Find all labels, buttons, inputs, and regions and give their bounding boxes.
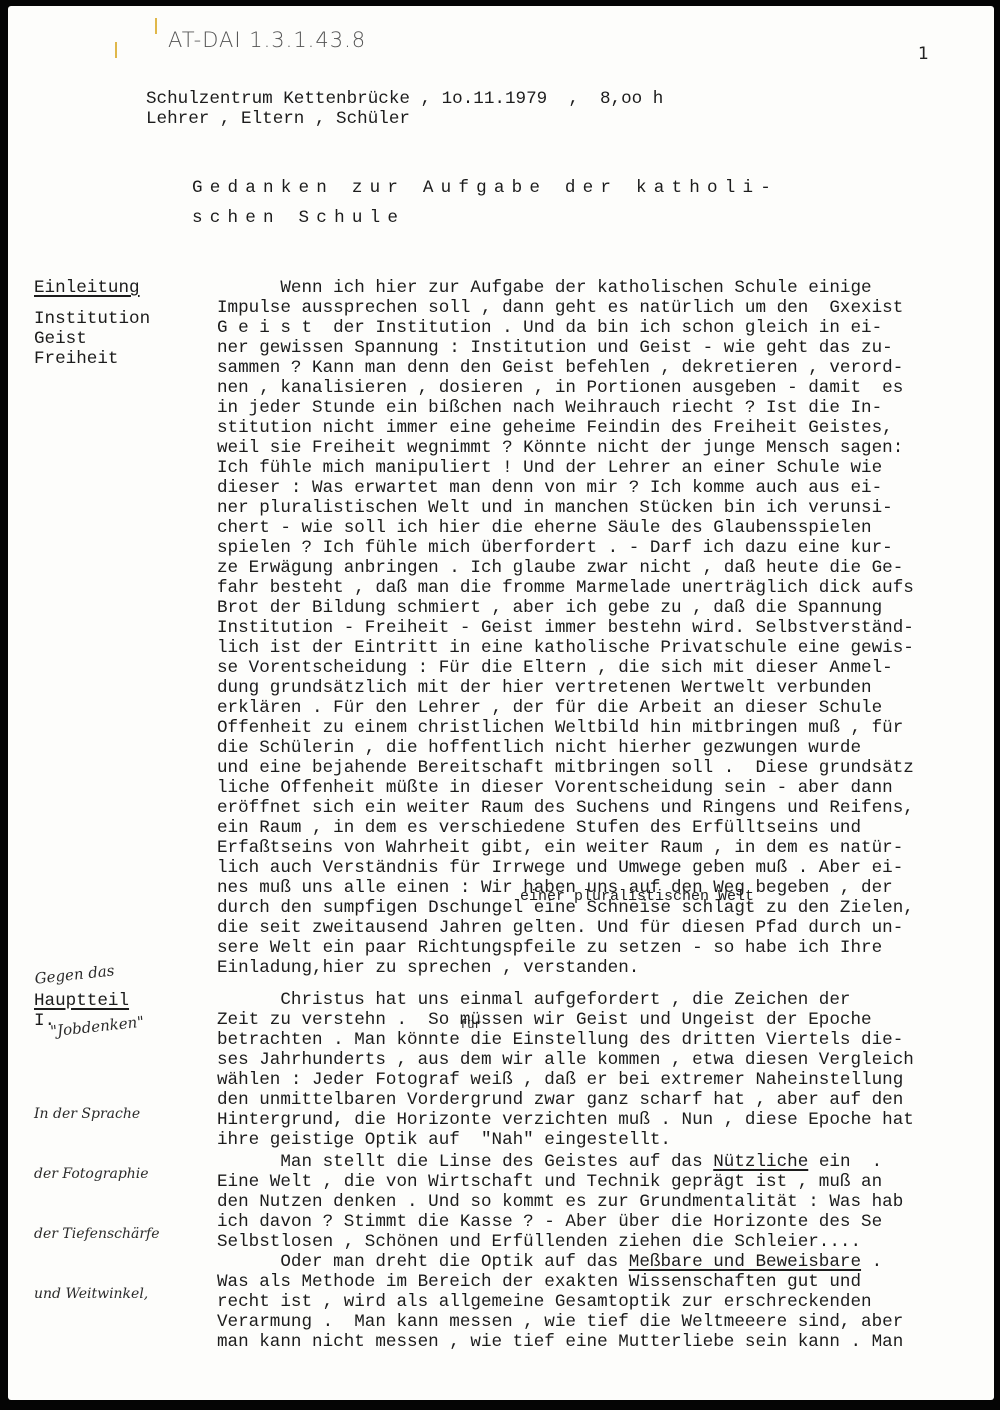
- text-line: ner gewissen Spannung : Institution und …: [217, 338, 893, 358]
- text-line: Verarmung . Man kann messen , wie tief d…: [217, 1312, 903, 1332]
- text-line: sere Welt ein paar Richtungspfeile zu se…: [217, 938, 882, 958]
- text-line: se Vorentscheidung : Für die Eltern , di…: [217, 658, 893, 678]
- document-title-line2: schen Schule: [192, 208, 405, 228]
- text-line: Wenn ich hier zur Aufgabe der katholisch…: [217, 278, 872, 298]
- text: Man stellt die Linse des Geistes auf das: [217, 1152, 713, 1172]
- text-line: dung grundsätzlich mit der hier vertrete…: [217, 678, 872, 698]
- text-line: ich davon ? Stimmt die Kasse ? - Aber üb…: [217, 1212, 882, 1232]
- handwritten-line: und Weitwinkel,: [34, 1284, 160, 1304]
- text-line: liche Offenheit müßte in dieser Vorentsc…: [217, 778, 893, 798]
- text-line: Erfaßtseins von Wahrheit gibt, ein weite…: [217, 838, 903, 858]
- text-line: Einladung,hier zu sprechen , verstanden.: [217, 958, 639, 978]
- text: Oder man dreht die Optik auf das: [217, 1252, 629, 1272]
- text-line: und eine bejahende Bereitschaft mitbring…: [217, 758, 914, 778]
- section-number: I.: [34, 1011, 55, 1031]
- text-line: erklären . Für den Lehrer , der für die …: [217, 698, 882, 718]
- paragraph-messbare-first-line: Oder man dreht die Optik auf das Meßbare…: [217, 1252, 882, 1272]
- text-line: den unmittelbaren Vordergrund zwar ganz …: [217, 1090, 903, 1110]
- text-line: nen , kanalisieren , dosieren , in Porti…: [217, 378, 903, 398]
- text: ein .: [808, 1152, 882, 1172]
- margin-topic: Institution: [34, 309, 150, 329]
- handwritten-note-fotografie: In der Sprache der Fotographie der Tiefe…: [34, 1064, 160, 1344]
- underlined-term: Meßbare und Beweisbare: [629, 1252, 861, 1272]
- section-heading-einleitung: Einleitung: [34, 278, 140, 298]
- text-line: Ich fühle mich manipuliert ! Und der Leh…: [217, 458, 882, 478]
- text-line: man kann nicht messen , wie tief eine Mu…: [217, 1332, 903, 1352]
- paragraph-nuetzliche-first-line: Man stellt die Linse des Geistes auf das…: [217, 1152, 882, 1172]
- header-audience: Lehrer , Eltern , Schüler: [146, 109, 410, 129]
- text-line: Christus hat uns einmal aufgefordert , d…: [217, 990, 850, 1010]
- text-line: Impulse aussprechen soll , dann geht es …: [217, 298, 903, 318]
- text-line: eröffnet sich ein weiter Raum des Suchen…: [217, 798, 914, 818]
- text-line: ihre geistige Optik auf "Nah" eingestell…: [217, 1130, 671, 1150]
- text-line: betrachten . Man könnte die Einstellung …: [217, 1030, 903, 1050]
- handwritten-line: "Jobdenken": [39, 1013, 145, 1042]
- text-line: weil sie Freiheit wegnimmt ? Könnte nich…: [217, 438, 903, 458]
- document-page: AT-DAI 1.3.1.43.8 1 Schulzentrum Kettenb…: [8, 6, 994, 1400]
- staple-mark: [115, 42, 117, 58]
- text-line: stitution nicht immer eine geheime Feind…: [217, 418, 893, 438]
- text-line: lich auch Verständnis für Irrwege und Um…: [217, 858, 903, 878]
- text-line: Institution - Freiheit - Geist immer bes…: [217, 618, 914, 638]
- underlined-term: Nützliche: [713, 1152, 808, 1172]
- text-line: lich ist der Eintritt in eine katholisch…: [217, 638, 914, 658]
- text-line: in jeder Stunde ein bißchen nach Weihrau…: [217, 398, 882, 418]
- insert-fuer: für: [460, 1018, 482, 1032]
- overtype-insert: einer pluralistischen Welt: [520, 888, 754, 905]
- text-line: G e i s t der Institution . Und da bin i…: [217, 318, 882, 338]
- text-line: fahr besteht , daß man die fromme Marmel…: [217, 578, 914, 598]
- text-line: ses Jahrhunderts , aus dem wir alle komm…: [217, 1050, 914, 1070]
- text-line: Was als Methode im Bereich der exakten W…: [217, 1272, 861, 1292]
- text-line: Hintergrund, die Horizonte verzichten mu…: [217, 1110, 914, 1130]
- text-line: dieser : Was erwartet man denn von mir ?…: [217, 478, 882, 498]
- text-line: spielen ? Ich fühle mich überfordert . -…: [217, 538, 893, 558]
- text-line: chert - wie soll ich hier die eherne Säu…: [217, 518, 872, 538]
- section-heading-hauptteil: Hauptteil: [34, 991, 129, 1011]
- page-number: 1: [918, 44, 929, 64]
- text-line: die seit zweitausend Jahren gelten. Und …: [217, 918, 903, 938]
- handwritten-line: der Fotographie: [34, 1164, 160, 1184]
- text-line: wählen : Jeder Fotograf weiß , daß er be…: [217, 1070, 903, 1090]
- text-line: Brot der Bildung schmiert , aber ich geb…: [217, 598, 882, 618]
- text-line: recht ist , wird als allgemeine Gesamtop…: [217, 1292, 872, 1312]
- text: .: [861, 1252, 882, 1272]
- text-line: ein Raum , in dem es verschiedene Stufen…: [217, 818, 861, 838]
- staple-mark: [155, 18, 157, 34]
- margin-topic: Geist: [34, 329, 87, 349]
- text-line: Zeit zu verstehn . So müssen wir Geist u…: [217, 1010, 872, 1030]
- header-venue-date: Schulzentrum Kettenbrücke , 1o.11.1979 ,…: [146, 89, 663, 109]
- handwritten-line: der Tiefenschärfe: [34, 1224, 160, 1244]
- text-line: Selbstlosen , Schönen und Erfüllenden zi…: [217, 1232, 861, 1252]
- text-line: den Nutzen denken . Und so kommt es zur …: [217, 1192, 903, 1212]
- text-line: ze Erwägung anbringen . Ich glaube zwar …: [217, 558, 903, 578]
- margin-topic: Freiheit: [34, 349, 118, 369]
- text-line: ner pluralistischen Welt und in manchen …: [217, 498, 893, 518]
- document-title-line1: Gedanken zur Aufgabe der katholi-: [192, 178, 778, 198]
- text-line: Offenheit zu einem christlichen Weltbild…: [217, 718, 903, 738]
- text-line: sammen ? Kann man denn den Geist befehle…: [217, 358, 903, 378]
- text-line: Eine Welt , die von Wirtschaft und Techn…: [217, 1172, 882, 1192]
- text-line: die Schülerin , die hoffentlich nicht hi…: [217, 738, 861, 758]
- archive-id: AT-DAI 1.3.1.43.8: [168, 28, 366, 52]
- handwritten-line: In der Sprache: [34, 1104, 160, 1124]
- handwritten-line: Gegen das: [34, 959, 140, 988]
